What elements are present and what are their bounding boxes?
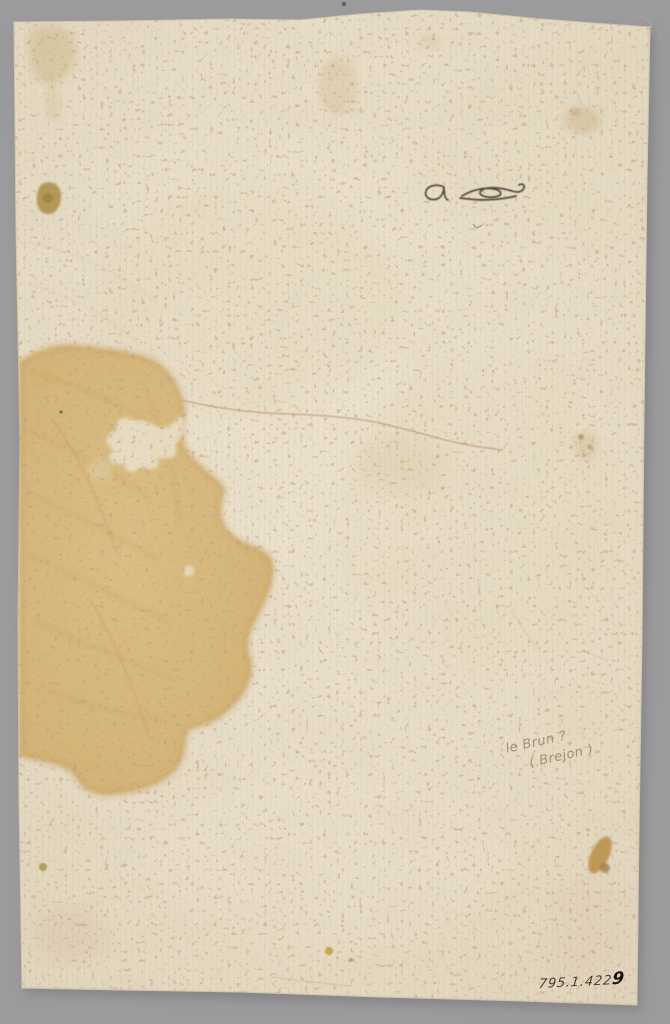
- inventory-number-main: 795.1.422: [538, 973, 613, 992]
- photo-stage: le Brun ? ( Brejon ) 795.1.4229: [0, 0, 670, 1024]
- inventory-number-last-digit: 9: [611, 968, 626, 989]
- background-speck: [342, 2, 346, 6]
- artwork-verso-photo: [0, 0, 670, 1024]
- paper-grain: [10, 5, 660, 1017]
